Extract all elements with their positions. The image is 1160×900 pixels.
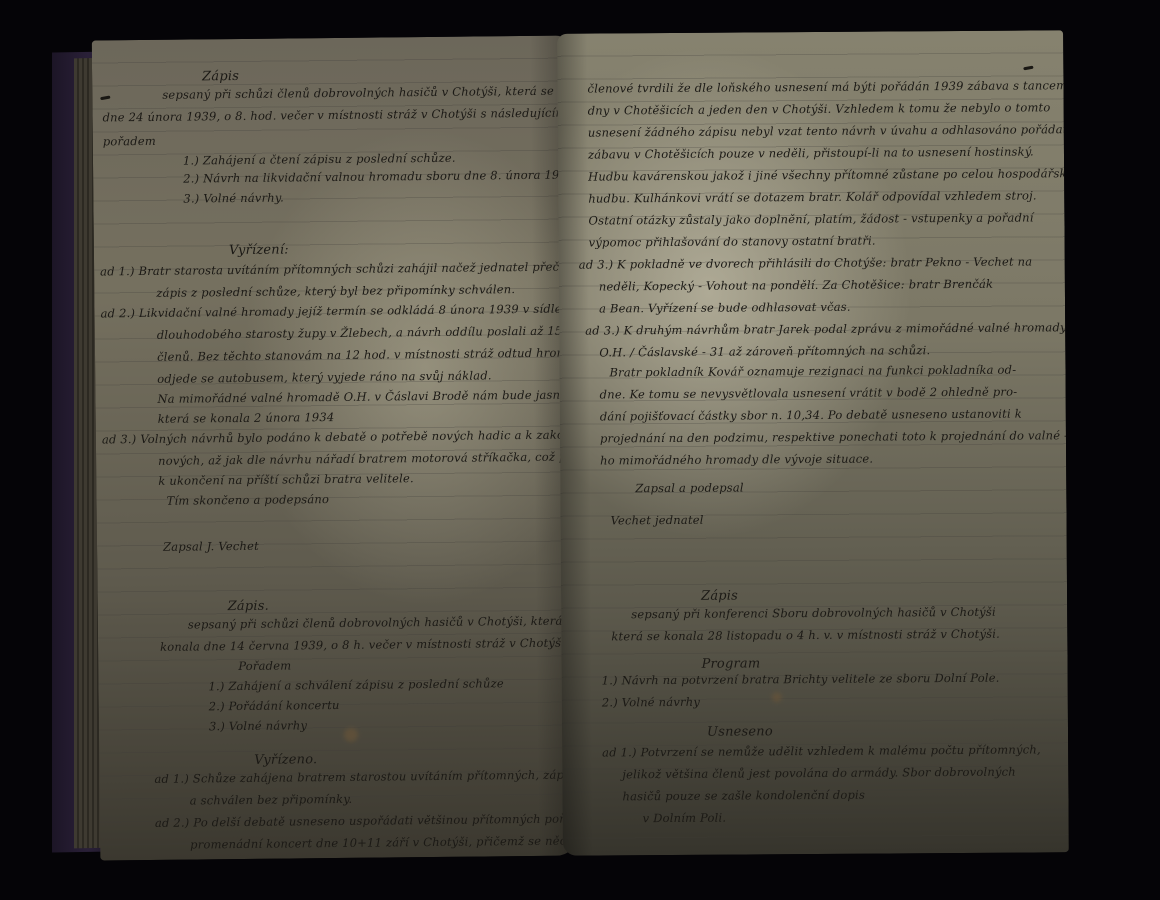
handwritten-line: odjede se autobusem, který vyjede ráno n…: [157, 368, 492, 386]
handwritten-line: sepsaný při schůzi členů dobrovolných ha…: [188, 613, 579, 631]
handwritten-line: Program: [701, 656, 760, 671]
handwritten-line: Pořadem: [238, 658, 291, 673]
handwritten-line: dne. Ke tomu se nevysvětlovala usnesení …: [600, 385, 1018, 402]
handwritten-line: promenádní koncert dne 10+11 září v Chot…: [190, 834, 573, 852]
handwritten-line: výpomoc přihlašování do stanovy ostatní …: [589, 234, 876, 250]
handwritten-line: dny v Chotěšicích a jeden den v Chotýši.…: [588, 100, 1051, 117]
handwritten-line: usnesení žádného zápisu nebyl vzat tento…: [588, 122, 1069, 139]
handwritten-line: která se konala 2 února 1934: [158, 410, 335, 426]
handwritten-line: ad 1.) Bratr starosta uvítáním přítomnýc…: [100, 259, 575, 278]
handwritten-line: Zapsal J. Vechet: [163, 539, 259, 554]
handwritten-line: 3.) Volné návrhy: [209, 718, 307, 733]
handwritten-line: jelikož většina členů jest povolána do a…: [622, 765, 1016, 782]
handwritten-line: nových, až jak dle návrhu nářadí bratrem…: [158, 449, 578, 468]
handwritten-line: Hudbu kavárenskou jakož i jiné všechny p…: [588, 166, 1069, 183]
handwritten-line: pořadem: [103, 134, 156, 149]
handwritten-line: 1.) Návrh na potvrzení bratra Brichty ve…: [602, 671, 1000, 688]
handwritten-line: 3.) Volné návrhy.: [183, 191, 284, 206]
handwritten-line: Zapsal a podepsal: [635, 480, 744, 495]
left-page-text: Zápissepsaný při schůzi členů dobrovolný…: [92, 36, 579, 861]
handwritten-line: neděli, Kopecký - Vohout na pondělí. Za …: [599, 277, 993, 294]
handwritten-line: Vyřízeno.: [254, 752, 317, 768]
left-page: Zápissepsaný při schůzi členů dobrovolný…: [92, 36, 579, 861]
handwritten-line: sepsaný při schůzi členů dobrovolných ha…: [162, 83, 578, 102]
handwritten-line: ho mimořádného hromady dle vývoje situac…: [600, 452, 873, 468]
handwritten-line: Zápis: [202, 69, 239, 84]
handwritten-line: dlouhodobého starosty župy v Žlebech, a …: [157, 324, 563, 342]
right-page-text: členové tvrdili že dle loňského usnesení…: [557, 30, 1069, 856]
handwritten-line: v Dolním Poli.: [643, 811, 727, 826]
handwritten-line: zápis z poslední schůze, který byl bez p…: [156, 282, 515, 300]
handwritten-line: 2.) Návrh na likvidační valnou hromadu s…: [183, 167, 574, 185]
handwritten-line: dne 24 února 1939, o 8. hod. večer v mís…: [102, 105, 578, 124]
handwritten-line: ad 2.) Po delší debatě usneseno uspořáda…: [155, 811, 578, 830]
handwritten-line: Ostatní otázky zůstaly jako doplnění, pl…: [588, 210, 1033, 227]
handwritten-line: ad 3.) Volných návrhů bylo podáno k deba…: [102, 427, 578, 446]
handwritten-line: hasičů pouze se zašle kondolenční dopis: [622, 788, 865, 804]
handwritten-line: Vyřízení:: [229, 242, 289, 258]
handwritten-line: sepsaný při konferenci Sboru dobrovolnýc…: [631, 605, 996, 622]
handwritten-line: členové tvrdili že dle loňského usnesení…: [587, 78, 1068, 96]
handwritten-line: která se konala 28 listopadu o 4 h. v. v…: [611, 627, 1000, 644]
handwritten-line: konala dne 14 června 1939, o 8 h. večer …: [160, 636, 569, 654]
handwritten-line: O.H. / Čáslavské - 31 až zároveň přítomn…: [599, 343, 930, 359]
handwritten-line: ad 3.) K pokladně ve dvorech přihlásili …: [579, 254, 1033, 271]
handwritten-line: Zápis: [701, 589, 738, 604]
handwritten-line: 2.) Volné návrhy: [602, 695, 700, 710]
handwritten-line: zábavu v Chotěšicích pouze v neděli, při…: [588, 144, 1034, 161]
handwritten-line: ad 3.) K druhým návrhům bratr Jarek poda…: [585, 320, 1067, 337]
handwritten-line: dání pojišťovací částky sbor n. 10,34. P…: [600, 407, 1022, 424]
handwritten-line: členů. Bez těchto stanovám na 12 hod. v …: [157, 345, 578, 364]
handwritten-line: hudbu. Kulhánkovi vrátí se dotazem bratr…: [588, 188, 1037, 205]
handwritten-line: 1.) Zahájení a schválení zápisu z posled…: [208, 676, 504, 693]
handwritten-line: Bratr pokladník Kovář oznamuje rezignaci…: [609, 363, 1016, 380]
handwritten-line: 1.) Zahájení a čtení zápisu z poslední s…: [183, 151, 456, 168]
handwritten-line: ad 1.) Schůze zahájena bratrem starostou…: [154, 767, 578, 786]
handwritten-line: ad 1.) Potvrzení se nemůže udělit vzhled…: [602, 742, 1041, 759]
handwritten-line: a Bean. Vyřízení se bude odhlasovat včas…: [599, 300, 851, 316]
handwritten-line: a schválen bez připomínky.: [190, 792, 353, 808]
handwritten-line: 2.) Pořádání koncertu: [209, 698, 340, 713]
handwritten-line: ad 2.) Likvidační valné hromady jejíž te…: [101, 302, 562, 321]
right-page: členové tvrdili že dle loňského usnesení…: [557, 30, 1069, 856]
handwritten-line: Zápis.: [228, 599, 269, 614]
handwritten-line: projednání na den podzimu, respektive po…: [600, 428, 1068, 445]
handwritten-line: Na mimořádné valné hromadě O.H. v Čáslav…: [157, 388, 567, 406]
handwritten-line: Tím skončeno a podepsáno: [166, 492, 329, 508]
handwritten-line: k ukončení na příští schůzi bratra velit…: [158, 471, 414, 488]
handwritten-line: Usneseno: [707, 724, 773, 739]
handwritten-line: Vechet jednatel: [610, 513, 703, 528]
